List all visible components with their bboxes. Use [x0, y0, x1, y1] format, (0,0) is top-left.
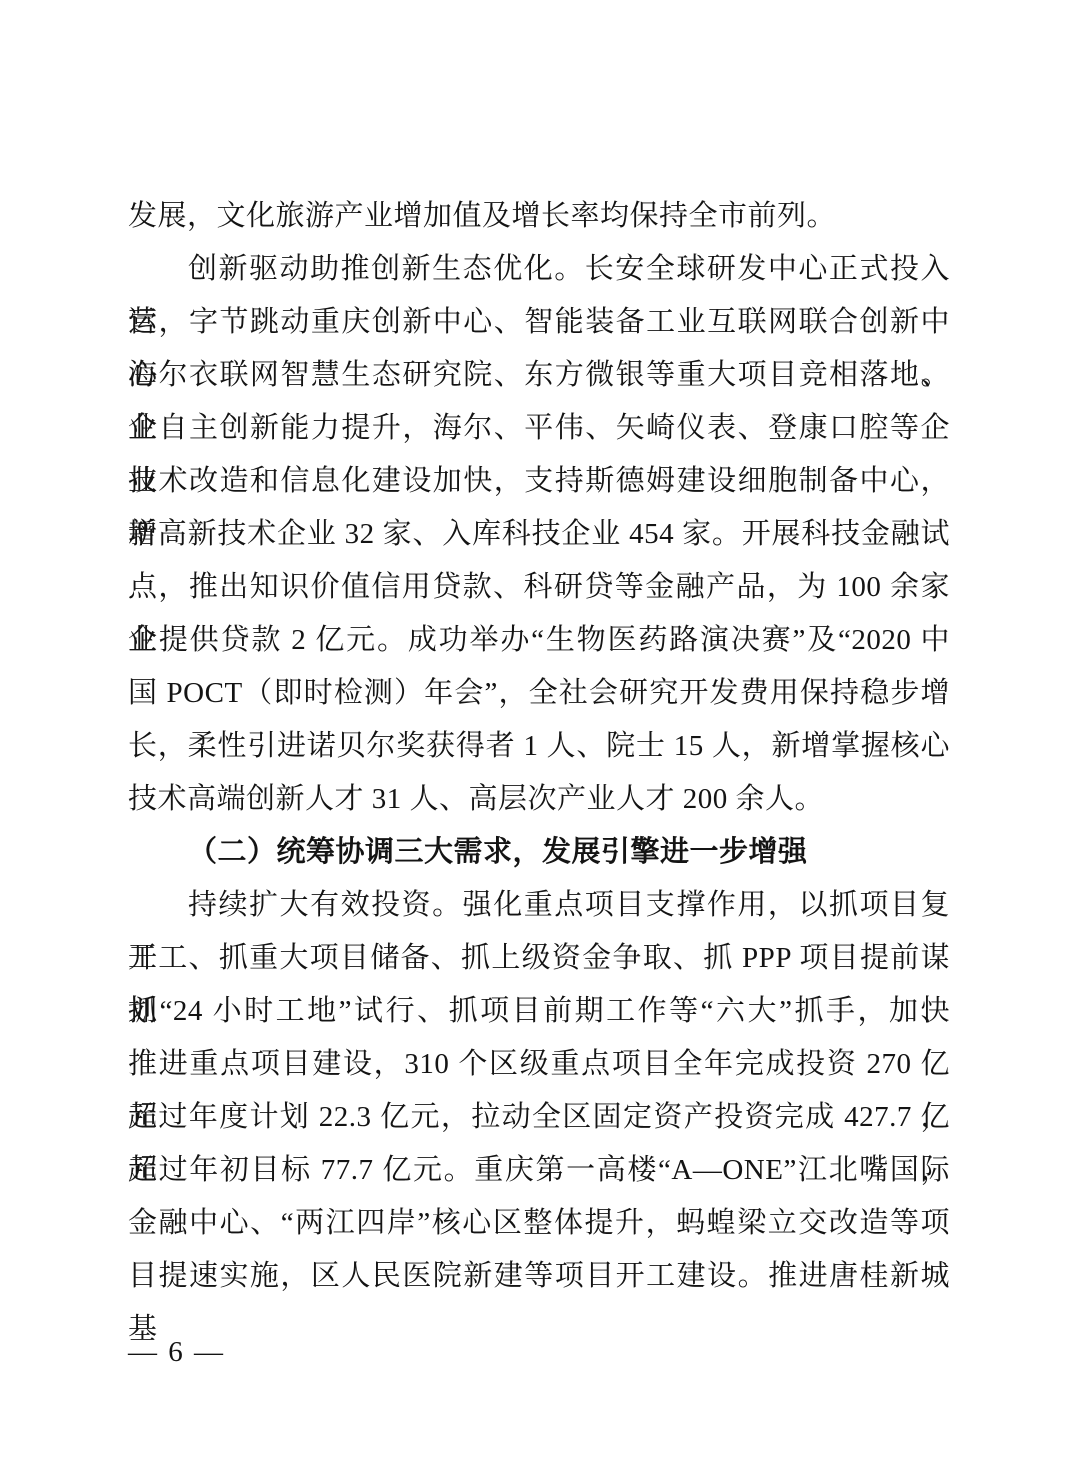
text-line: 目提速实施，区人民医院新建等项目开工建设。推进唐桂新城基	[128, 1250, 950, 1303]
document-text-block: 发展，文化旅游产业增加值及增长率均保持全市前列。 创新驱动助推创新生态优化。长安…	[128, 190, 950, 1303]
text-line: 开工、抓重大项目储备、抓上级资金争取、抓 PPP 项目提前谋划、	[128, 932, 950, 985]
section-heading: （二）统筹协调三大需求，发展引擎进一步增强	[128, 826, 950, 879]
text-line: 业提供贷款 2 亿元。成功举办“生物医药路演决赛”及“2020 中	[128, 614, 950, 667]
text-line: 长，柔性引进诺贝尔奖获得者 1 人、院士 15 人，新增掌握核心	[128, 720, 950, 773]
text-line: 抓“24 小时工地”试行、抓项目前期工作等“六大”抓手，加快	[128, 985, 950, 1038]
text-line: 金融中心、“两江四岸”核心区整体提升，蚂蝗梁立交改造等项	[128, 1197, 950, 1250]
text-line: 国 POCT（即时检测）年会”，全社会研究开发费用保持稳步增	[128, 667, 950, 720]
paragraph-start-line: 持续扩大有效投资。强化重点项目支撑作用，以抓项目复工	[128, 879, 950, 932]
text-line: 超过年初目标 77.7 亿元。重庆第一高楼“A—ONE”江北嘴国际	[128, 1144, 950, 1197]
text-line: 技术高端创新人才 31 人、高层次产业人才 200 余人。	[128, 773, 950, 826]
text-line: 超过年度计划 22.3 亿元，拉动全区固定资产投资完成 427.7 亿元，	[128, 1091, 950, 1144]
document-page: 发展，文化旅游产业增加值及增长率均保持全市前列。 创新驱动助推创新生态优化。长安…	[0, 0, 1074, 1458]
text-line: 增高新技术企业 32 家、入库科技企业 454 家。开展科技金融试	[128, 508, 950, 561]
paragraph-start-line: 创新驱动助推创新生态优化。长安全球研发中心正式投入运	[128, 243, 950, 296]
text-line: 营，字节跳动重庆创新中心、智能装备工业互联网联合创新中心、	[128, 296, 950, 349]
text-line: 推进重点项目建设，310 个区级重点项目全年完成投资 270 亿元，	[128, 1038, 950, 1091]
text-line: 点，推出知识价值信用贷款、科研贷等金融产品，为 100 余家企	[128, 561, 950, 614]
text-line: 技术改造和信息化建设加快，支持斯德姆建设细胞制备中心，新	[128, 455, 950, 508]
page-number: — 6 —	[128, 1332, 225, 1372]
text-line: 发展，文化旅游产业增加值及增长率均保持全市前列。	[128, 190, 950, 243]
text-line: 业自主创新能力提升，海尔、平伟、矢崎仪表、登康口腔等企业	[128, 402, 950, 455]
text-line: 海尔衣联网智慧生态研究院、东方微银等重大项目竞相落地。企	[128, 349, 950, 402]
